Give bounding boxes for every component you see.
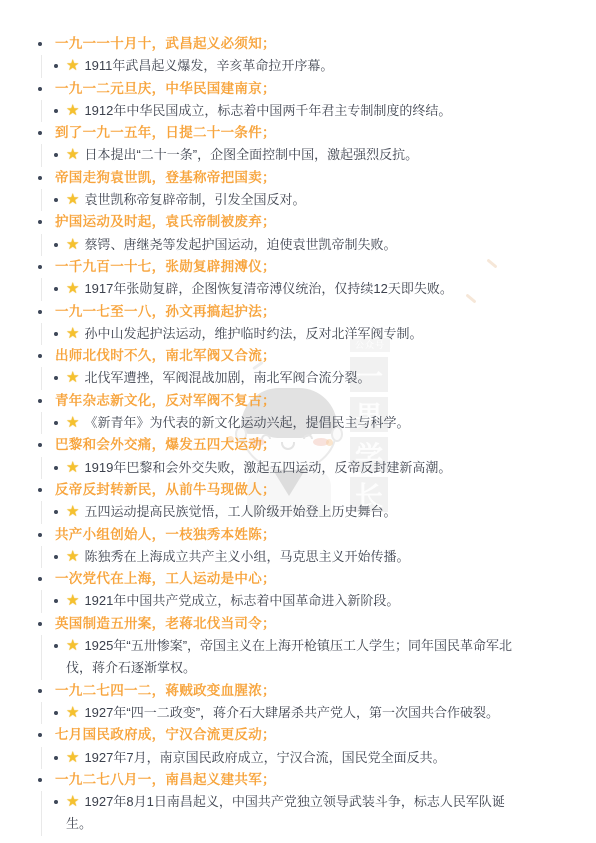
timeline-list: 一九一一十月十，武昌起义必须知； ★1911年武昌起义爆发，辛亥革命拉开序幕。 …	[36, 33, 570, 836]
detail-content: ★1925年“五卅惨案”，帝国主义在上海开枪镇压工人学生；同年国民革命军北伐，蒋…	[66, 635, 528, 680]
detail-row: ★孙中山发起护法运动，维护临时约法，反对北洋军阀专制。	[54, 323, 570, 345]
detail-block: ★蔡锷、唐继尧等发起护国运动，迫使袁世凯帝制失败。	[41, 234, 570, 256]
bullet-icon	[38, 42, 42, 46]
bullet-icon	[38, 533, 42, 537]
detail-block: ★1912年中华民国成立，标志着中国两千年君主专制制度的终结。	[41, 100, 570, 122]
bullet-icon	[54, 466, 58, 470]
list-item: 一九一二元旦庆，中华民国建南京； ★1912年中华民国成立，标志着中国两千年君主…	[36, 78, 570, 123]
rhyme-header-row: 一千九百一十七，张勋复辟拥溥仪；	[36, 256, 570, 278]
detail-text: 五四运动提高民族觉悟，工人阶级开始登上历史舞台。	[84, 504, 396, 519]
list-item: 青年杂志新文化，反对军阀不复古； ★《新青年》为代表的新文化运动兴起，提倡民主与…	[36, 390, 570, 435]
detail-row: ★袁世凯称帝复辟帝制，引发全国反对。	[54, 189, 570, 211]
rhyme-header: 一千九百一十七，张勋复辟拥溥仪；	[55, 256, 276, 278]
detail-row: ★1911年武昌起义爆发，辛亥革命拉开序幕。	[54, 55, 570, 77]
bullet-icon	[54, 64, 58, 68]
detail-block: ★1911年武昌起义爆发，辛亥革命拉开序幕。	[41, 55, 570, 77]
detail-text: 1927年“四一二政变”，蒋介石大肆屠杀共产党人，第一次国共合作破裂。	[84, 705, 499, 720]
star-icon: ★	[66, 459, 79, 476]
star-icon: ★	[66, 749, 79, 766]
star-icon: ★	[66, 637, 79, 654]
star-icon: ★	[66, 325, 79, 342]
bullet-icon	[38, 399, 42, 403]
list-item: 英国制造五卅案，老蒋北伐当司令； ★1925年“五卅惨案”，帝国主义在上海开枪镇…	[36, 613, 570, 680]
rhyme-header: 英国制造五卅案，老蒋北伐当司令；	[55, 613, 276, 635]
bullet-icon	[54, 421, 58, 425]
rhyme-header-row: 一九一二元旦庆，中华民国建南京；	[36, 78, 570, 100]
detail-text: 1921年中国共产党成立，标志着中国革命进入新阶段。	[84, 593, 399, 608]
star-icon: ★	[66, 280, 79, 297]
bullet-icon	[38, 733, 42, 737]
bullet-icon	[54, 376, 58, 380]
rhyme-header: 七月国民政府成，宁汉合流更反动；	[55, 724, 276, 746]
detail-content: ★1927年“四一二政变”，蒋介石大肆屠杀共产党人，第一次国共合作破裂。	[66, 702, 499, 724]
detail-content: ★1927年8月1日南昌起义，中国共产党独立领导武装斗争，标志人民军队诞生。	[66, 791, 528, 836]
rhyme-header: 青年杂志新文化，反对军阀不复古；	[55, 390, 276, 412]
star-icon: ★	[66, 102, 79, 119]
star-icon: ★	[66, 414, 79, 431]
rhyme-header-row: 巴黎和会外交痛，爆发五四大运动；	[36, 434, 570, 456]
detail-block: ★孙中山发起护法运动，维护临时约法，反对北洋军阀专制。	[41, 323, 570, 345]
rhyme-header-row: 一次党代在上海，工人运动是中心；	[36, 568, 570, 590]
detail-content: ★孙中山发起护法运动，维护临时约法，反对北洋军阀专制。	[66, 323, 422, 345]
detail-block: ★1927年“四一二政变”，蒋介石大肆屠杀共产党人，第一次国共合作破裂。	[41, 702, 570, 724]
detail-block: ★1917年张勋复辟，企图恢复清帝溥仪统治，仅持续12天即失败。	[41, 278, 570, 300]
rhyme-header: 巴黎和会外交痛，爆发五四大运动；	[55, 434, 276, 456]
detail-row: ★1927年“四一二政变”，蒋介石大肆屠杀共产党人，第一次国共合作破裂。	[54, 702, 570, 724]
detail-text: 1927年8月1日南昌起义，中国共产党独立领导武装斗争，标志人民军队诞生。	[66, 794, 505, 831]
detail-content: ★1911年武昌起义爆发，辛亥革命拉开序幕。	[66, 55, 333, 77]
star-icon: ★	[66, 57, 79, 74]
bullet-icon	[54, 644, 58, 648]
rhyme-header-row: 护国运动及时起，袁氏帝制被废弃；	[36, 211, 570, 233]
rhyme-header: 一九一七至一八，孙文再搞起护法；	[55, 301, 276, 323]
detail-block: ★袁世凯称帝复辟帝制，引发全国反对。	[41, 189, 570, 211]
detail-block: ★1927年7月，南京国民政府成立，宁汉合流，国民党全面反共。	[41, 747, 570, 769]
bullet-icon	[54, 800, 58, 804]
bullet-icon	[38, 689, 42, 693]
bullet-icon	[54, 109, 58, 113]
detail-text: 《新青年》为代表的新文化运动兴起，提倡民主与科学。	[84, 415, 409, 430]
rhyme-header-row: 七月国民政府成，宁汉合流更反动；	[36, 724, 570, 746]
detail-row: ★1917年张勋复辟，企图恢复清帝溥仪统治，仅持续12天即失败。	[54, 278, 570, 300]
detail-content: ★袁世凯称帝复辟帝制，引发全国反对。	[66, 189, 305, 211]
detail-content: ★五四运动提高民族觉悟，工人阶级开始登上历史舞台。	[66, 501, 396, 523]
rhyme-header-row: 英国制造五卅案，老蒋北伐当司令；	[36, 613, 570, 635]
bullet-icon	[54, 243, 58, 247]
detail-block: ★1927年8月1日南昌起义，中国共产党独立领导武装斗争，标志人民军队诞生。	[41, 791, 570, 836]
bullet-icon	[54, 198, 58, 202]
detail-content: ★日本提出“二十一条”，企图全面控制中国，激起强烈反抗。	[66, 144, 418, 166]
bullet-icon	[38, 354, 42, 358]
detail-text: 陈独秀在上海成立共产主义小组，马克思主义开始传播。	[84, 549, 409, 564]
detail-row: ★1925年“五卅惨案”，帝国主义在上海开枪镇压工人学生；同年国民革命军北伐，蒋…	[54, 635, 570, 680]
rhyme-header: 反帝反封转新民，从前牛马现做人；	[55, 479, 276, 501]
note-page: 公众号 一 果 学 长 一九一一十月十，武昌起义必须知； ★1911年武昌起义爆…	[0, 0, 596, 843]
list-item: 帝国走狗袁世凯，登基称帝把国卖； ★袁世凯称帝复辟帝制，引发全国反对。	[36, 167, 570, 212]
list-item: 七月国民政府成，宁汉合流更反动； ★1927年7月，南京国民政府成立，宁汉合流，…	[36, 724, 570, 769]
list-item: 巴黎和会外交痛，爆发五四大运动； ★1919年巴黎和会外交失败，激起五四运动，反…	[36, 434, 570, 479]
bullet-icon	[54, 332, 58, 336]
list-item: 一九二七四一二，蒋贼政变血腥浓； ★1927年“四一二政变”，蒋介石大肆屠杀共产…	[36, 680, 570, 725]
list-item: 反帝反封转新民，从前牛马现做人； ★五四运动提高民族觉悟，工人阶级开始登上历史舞…	[36, 479, 570, 524]
detail-content: ★《新青年》为代表的新文化运动兴起，提倡民主与科学。	[66, 412, 409, 434]
detail-block: ★五四运动提高民族觉悟，工人阶级开始登上历史舞台。	[41, 501, 570, 523]
detail-block: ★陈独秀在上海成立共产主义小组，马克思主义开始传播。	[41, 546, 570, 568]
detail-text: 1911年武昌起义爆发，辛亥革命拉开序幕。	[84, 58, 333, 73]
rhyme-header-row: 出师北伐时不久，南北军阀又合流；	[36, 345, 570, 367]
bullet-icon	[54, 599, 58, 603]
star-icon: ★	[66, 146, 79, 163]
star-icon: ★	[66, 548, 79, 565]
detail-row: ★《新青年》为代表的新文化运动兴起，提倡民主与科学。	[54, 412, 570, 434]
bullet-icon	[38, 131, 42, 135]
detail-content: ★1912年中华民国成立，标志着中国两千年君主专制制度的终结。	[66, 100, 451, 122]
bullet-icon	[54, 153, 58, 157]
rhyme-header: 护国运动及时起，袁氏帝制被废弃；	[55, 211, 276, 233]
detail-content: ★1921年中国共产党成立，标志着中国革命进入新阶段。	[66, 590, 399, 612]
detail-row: ★1927年7月，南京国民政府成立，宁汉合流，国民党全面反共。	[54, 747, 570, 769]
detail-row: ★北伐军遭挫，军阀混战加剧，南北军阀合流分裂。	[54, 367, 570, 389]
detail-text: 1912年中华民国成立，标志着中国两千年君主专制制度的终结。	[84, 103, 451, 118]
detail-row: ★日本提出“二十一条”，企图全面控制中国，激起强烈反抗。	[54, 144, 570, 166]
list-item: 一九二七八月一，南昌起义建共军； ★1927年8月1日南昌起义，中国共产党独立领…	[36, 769, 570, 836]
list-item: 共产小组创始人，一枝独秀本姓陈； ★陈独秀在上海成立共产主义小组，马克思主义开始…	[36, 524, 570, 569]
bullet-icon	[38, 87, 42, 91]
list-item: 一次党代在上海，工人运动是中心； ★1921年中国共产党成立，标志着中国革命进入…	[36, 568, 570, 613]
list-item: 出师北伐时不久，南北军阀又合流； ★北伐军遭挫，军阀混战加剧，南北军阀合流分裂。	[36, 345, 570, 390]
detail-block: ★《新青年》为代表的新文化运动兴起，提倡民主与科学。	[41, 412, 570, 434]
list-item: 到了一九一五年，日提二十一条件； ★日本提出“二十一条”，企图全面控制中国，激起…	[36, 122, 570, 167]
list-item: 护国运动及时起，袁氏帝制被废弃； ★蔡锷、唐继尧等发起护国运动，迫使袁世凯帝制失…	[36, 211, 570, 256]
list-item: 一九一一十月十，武昌起义必须知； ★1911年武昌起义爆发，辛亥革命拉开序幕。	[36, 33, 570, 78]
bullet-icon	[38, 488, 42, 492]
detail-block: ★日本提出“二十一条”，企图全面控制中国，激起强烈反抗。	[41, 144, 570, 166]
detail-text: 1919年巴黎和会外交失败，激起五四运动，反帝反封建新高潮。	[84, 460, 451, 475]
star-icon: ★	[66, 704, 79, 721]
star-icon: ★	[66, 793, 79, 810]
detail-text: 1927年7月，南京国民政府成立，宁汉合流，国民党全面反共。	[84, 750, 445, 765]
bullet-icon	[38, 265, 42, 269]
list-item: 一九一七至一八，孙文再搞起护法； ★孙中山发起护法运动，维护临时约法，反对北洋军…	[36, 301, 570, 346]
rhyme-header-row: 一九一七至一八，孙文再搞起护法；	[36, 301, 570, 323]
detail-text: 蔡锷、唐继尧等发起护国运动，迫使袁世凯帝制失败。	[84, 237, 396, 252]
rhyme-header: 帝国走狗袁世凯，登基称帝把国卖；	[55, 167, 276, 189]
bullet-icon	[38, 577, 42, 581]
detail-block: ★北伐军遭挫，军阀混战加剧，南北军阀合流分裂。	[41, 367, 570, 389]
detail-content: ★1919年巴黎和会外交失败，激起五四运动，反帝反封建新高潮。	[66, 457, 451, 479]
bullet-icon	[38, 220, 42, 224]
bullet-icon	[38, 778, 42, 782]
detail-content: ★北伐军遭挫，军阀混战加剧，南北军阀合流分裂。	[66, 367, 370, 389]
detail-text: 孙中山发起护法运动，维护临时约法，反对北洋军阀专制。	[84, 326, 422, 341]
rhyme-header-row: 到了一九一五年，日提二十一条件；	[36, 122, 570, 144]
detail-row: ★1919年巴黎和会外交失败，激起五四运动，反帝反封建新高潮。	[54, 457, 570, 479]
rhyme-header: 一九一一十月十，武昌起义必须知；	[55, 33, 276, 55]
rhyme-header: 共产小组创始人，一枝独秀本姓陈；	[55, 524, 276, 546]
detail-text: 1917年张勋复辟，企图恢复清帝溥仪统治，仅持续12天即失败。	[84, 281, 452, 296]
rhyme-header: 到了一九一五年，日提二十一条件；	[55, 122, 276, 144]
star-icon: ★	[66, 236, 79, 253]
detail-text: 北伐军遭挫，军阀混战加剧，南北军阀合流分裂。	[84, 370, 370, 385]
rhyme-header-row: 一九二七八月一，南昌起义建共军；	[36, 769, 570, 791]
detail-content: ★蔡锷、唐继尧等发起护国运动，迫使袁世凯帝制失败。	[66, 234, 396, 256]
detail-content: ★陈独秀在上海成立共产主义小组，马克思主义开始传播。	[66, 546, 409, 568]
detail-block: ★1921年中国共产党成立，标志着中国革命进入新阶段。	[41, 590, 570, 612]
star-icon: ★	[66, 503, 79, 520]
detail-text: 袁世凯称帝复辟帝制，引发全国反对。	[84, 192, 305, 207]
rhyme-header-row: 反帝反封转新民，从前牛马现做人；	[36, 479, 570, 501]
detail-block: ★1925年“五卅惨案”，帝国主义在上海开枪镇压工人学生；同年国民革命军北伐，蒋…	[41, 635, 570, 680]
detail-block: ★1919年巴黎和会外交失败，激起五四运动，反帝反封建新高潮。	[41, 457, 570, 479]
bullet-icon	[54, 711, 58, 715]
rhyme-header: 一九二七八月一，南昌起义建共军；	[55, 769, 276, 791]
detail-row: ★1912年中华民国成立，标志着中国两千年君主专制制度的终结。	[54, 100, 570, 122]
bullet-icon	[38, 310, 42, 314]
detail-row: ★1921年中国共产党成立，标志着中国革命进入新阶段。	[54, 590, 570, 612]
bullet-icon	[38, 443, 42, 447]
detail-row: ★五四运动提高民族觉悟，工人阶级开始登上历史舞台。	[54, 501, 570, 523]
detail-content: ★1917年张勋复辟，企图恢复清帝溥仪统治，仅持续12天即失败。	[66, 278, 453, 300]
star-icon: ★	[66, 592, 79, 609]
bullet-icon	[38, 176, 42, 180]
list-item: 一千九百一十七，张勋复辟拥溥仪； ★1917年张勋复辟，企图恢复清帝溥仪统治，仅…	[36, 256, 570, 301]
detail-row: ★蔡锷、唐继尧等发起护国运动，迫使袁世凯帝制失败。	[54, 234, 570, 256]
star-icon: ★	[66, 191, 79, 208]
bullet-icon	[54, 287, 58, 291]
detail-row: ★1927年8月1日南昌起义，中国共产党独立领导武装斗争，标志人民军队诞生。	[54, 791, 570, 836]
bullet-icon	[38, 622, 42, 626]
rhyme-header-row: 一九二七四一二，蒋贼政变血腥浓；	[36, 680, 570, 702]
bullet-icon	[54, 555, 58, 559]
detail-content: ★1927年7月，南京国民政府成立，宁汉合流，国民党全面反共。	[66, 747, 446, 769]
rhyme-header: 一九一二元旦庆，中华民国建南京；	[55, 78, 276, 100]
rhyme-header-row: 共产小组创始人，一枝独秀本姓陈；	[36, 524, 570, 546]
rhyme-header-row: 青年杂志新文化，反对军阀不复古；	[36, 390, 570, 412]
detail-text: 1925年“五卅惨案”，帝国主义在上海开枪镇压工人学生；同年国民革命军北伐，蒋介…	[66, 638, 512, 675]
bullet-icon	[54, 756, 58, 760]
rhyme-header: 一九二七四一二，蒋贼政变血腥浓；	[55, 680, 276, 702]
rhyme-header-row: 一九一一十月十，武昌起义必须知；	[36, 33, 570, 55]
rhyme-header-row: 帝国走狗袁世凯，登基称帝把国卖；	[36, 167, 570, 189]
rhyme-header: 一次党代在上海，工人运动是中心；	[55, 568, 276, 590]
bullet-icon	[54, 510, 58, 514]
detail-text: 日本提出“二十一条”，企图全面控制中国，激起强烈反抗。	[84, 147, 418, 162]
star-icon: ★	[66, 369, 79, 386]
rhyme-header: 出师北伐时不久，南北军阀又合流；	[55, 345, 276, 367]
detail-row: ★陈独秀在上海成立共产主义小组，马克思主义开始传播。	[54, 546, 570, 568]
